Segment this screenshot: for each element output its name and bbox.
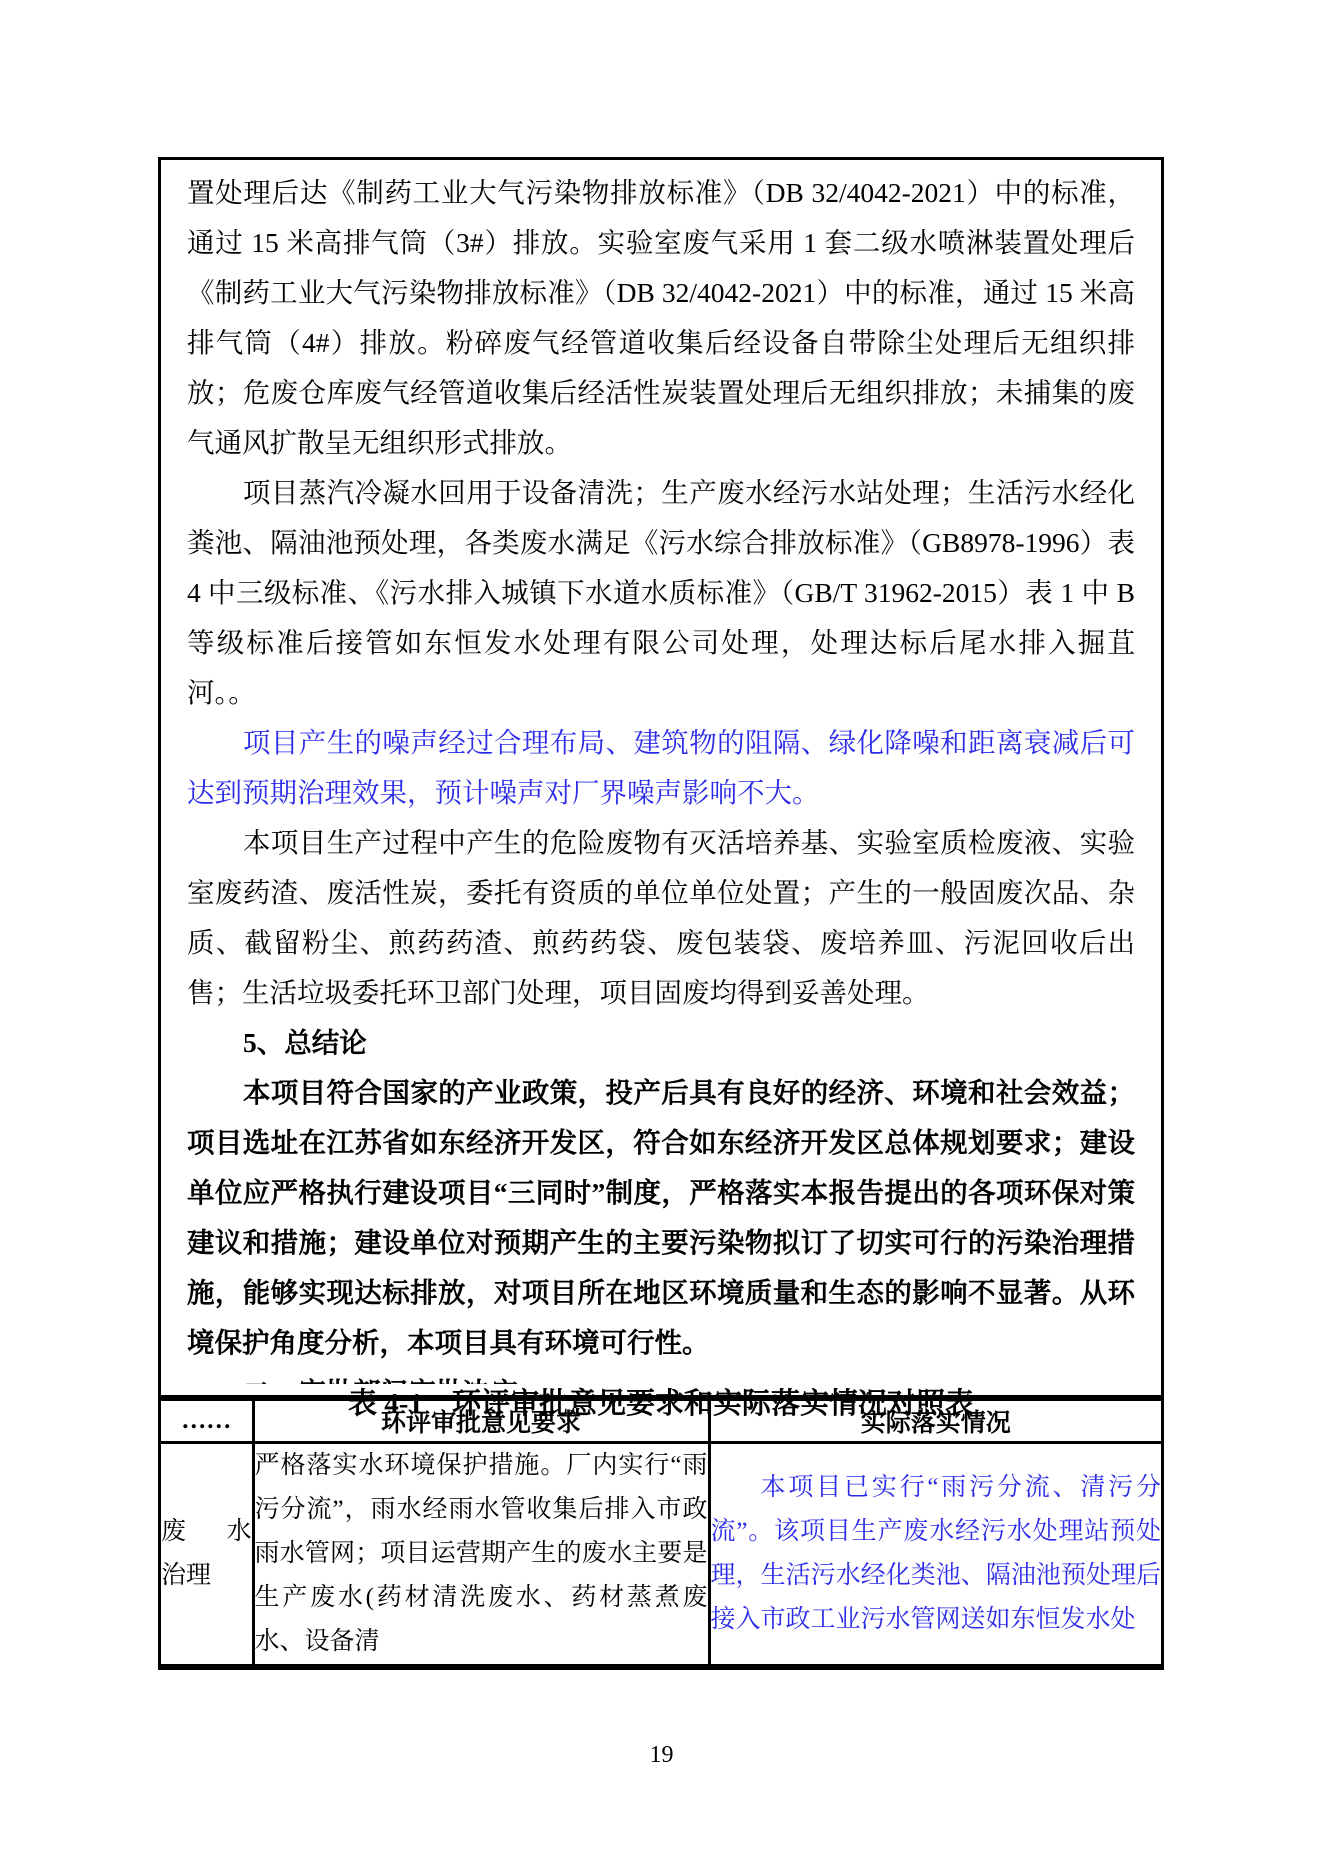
table-row-wastewater: 废 水 治理 严格落实水环境保护措施。厂内实行“雨污分流”，雨水经雨水管收集后排… — [161, 1443, 1161, 1665]
cell-requirement-text: 严格落实水环境保护措施。厂内实行“雨污分流”，雨水经雨水管收集后排入市政雨水管网… — [253, 1443, 709, 1665]
table-header-ellipsis: …… — [161, 1398, 253, 1443]
table-header-row: …… 环评审批意见要求 实际落实情况 — [161, 1398, 1161, 1443]
heading-overall-conclusion: 5、总结论 — [187, 1018, 1135, 1068]
row-category-line2: 治理 — [161, 1554, 252, 1598]
table-header-requirement: 环评审批意见要求 — [253, 1398, 709, 1443]
document-page: { "colors": { "text": "#000000", "blue_t… — [0, 0, 1323, 1871]
paragraph-overall-conclusion: 本项目符合国家的产业政策，投产后具有良好的经济、环境和社会效益；项目选址在江苏省… — [187, 1068, 1135, 1368]
row-category-line1: 废 水 — [161, 1510, 252, 1554]
content-border-box: 置处理后达《制药工业大气污染物排放标准》（DB 32/4042-2021）中的标… — [158, 157, 1164, 1670]
row-category-wastewater: 废 水 治理 — [161, 1443, 253, 1665]
cell-implementation-text: 本项目已实行“雨污分流、清污分流”。该项目生产废水经污水处理站预处理，生活污水经… — [709, 1443, 1161, 1665]
paragraph-exhaust-gas-treatment: 置处理后达《制药工业大气污染物排放标准》（DB 32/4042-2021）中的标… — [187, 168, 1135, 468]
paragraph-noise-control: 项目产生的噪声经过合理布局、建筑物的阻隔、绿化降噪和距离衰减后可达到预期治理效果… — [187, 718, 1135, 818]
page-number: 19 — [0, 1742, 1323, 1769]
paragraph-solid-waste: 本项目生产过程中产生的危险废物有灭活培养基、实验室质检废液、实验室废药渣、废活性… — [187, 818, 1135, 1018]
main-text-area: 置处理后达《制药工业大气污染物排放标准》（DB 32/4042-2021）中的标… — [161, 160, 1161, 1384]
table-header-implementation: 实际落实情况 — [709, 1398, 1161, 1443]
paragraph-wastewater-treatment: 项目蒸汽冷凝水回用于设备清洗；生产废水经污水站处理；生活污水经化粪池、隔油池预处… — [187, 468, 1135, 718]
compliance-comparison-table: …… 环评审批意见要求 实际落实情况 废 水 治理 严格落实水环境保护措施。厂内… — [161, 1395, 1161, 1664]
